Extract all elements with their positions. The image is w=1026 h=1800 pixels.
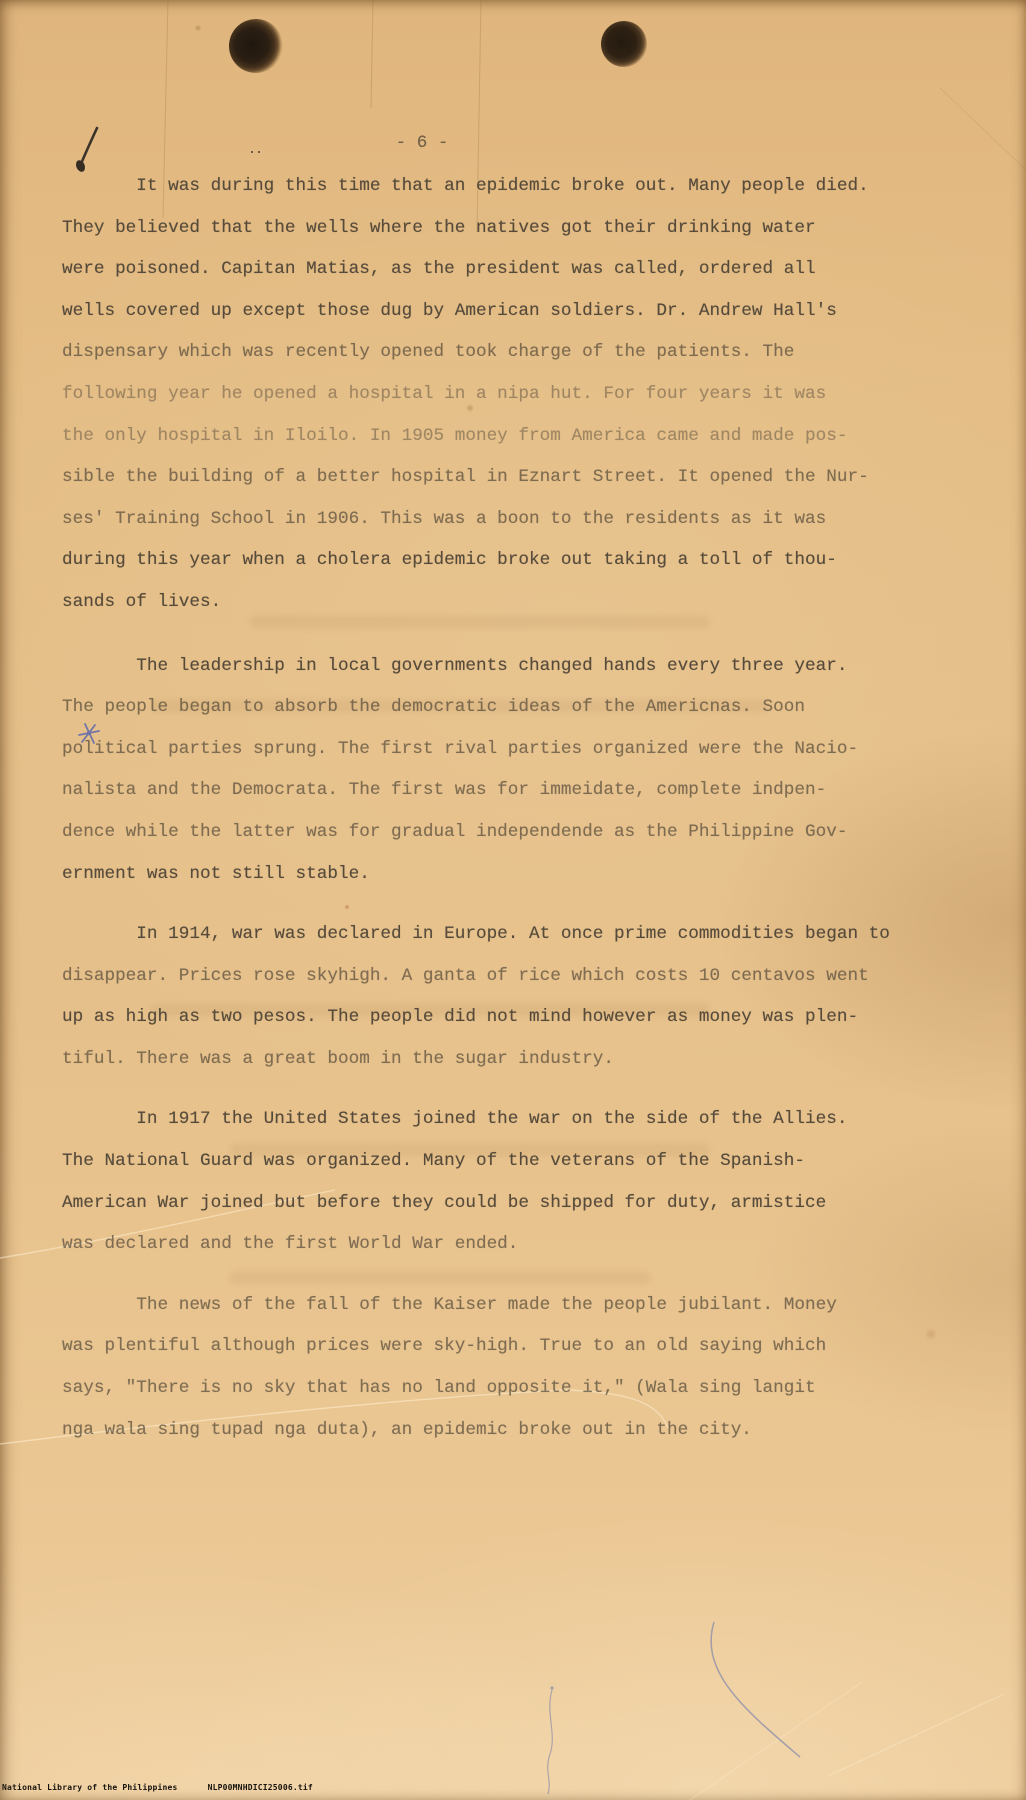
typed-line: nga wala sing tupad nga duta), an epidem… [62, 1410, 992, 1452]
typed-line: sands of lives. [62, 582, 992, 624]
paragraph-1917-allies: In 1917 the United States joined the war… [62, 1099, 992, 1265]
typed-line: wells covered up except those dug by Ame… [62, 291, 992, 333]
typed-line: following year he opened a hospital in a… [62, 374, 992, 416]
scan-filename: NLP00MNHDICI25006.tif [208, 1783, 313, 1792]
typed-line: during this year when a cholera epidemic… [62, 540, 992, 582]
typed-line: ses' Training School in 1906. This was a… [62, 499, 992, 541]
typed-line: The leadership in local governments chan… [62, 646, 992, 688]
typed-line: the only hospital in Iloilo. In 1905 mon… [62, 416, 992, 458]
blue-pen-curve [548, 1622, 800, 1794]
scanned-page: - 6 - It was during this time that an ep… [0, 0, 1026, 1800]
paragraph-1914-war: In 1914, war was declared in Europe. At … [62, 914, 992, 1080]
typed-line: was plentiful although prices were sky-h… [62, 1326, 992, 1368]
typed-line: dispensary which was recently opened too… [62, 332, 992, 374]
typed-line: nalista and the Democrata. The first was… [62, 770, 992, 812]
ink-dots-artifact [249, 149, 263, 155]
punch-hole-right [601, 21, 647, 67]
typed-line: The news of the fall of the Kaiser made … [62, 1285, 992, 1327]
typed-line: was declared and the first World War end… [62, 1224, 992, 1266]
scan-footer: National Library of the Philippines NLP0… [2, 1783, 313, 1792]
typed-line: They believed that the wells where the n… [62, 208, 992, 250]
typed-text-body: It was during this time that an epidemic… [62, 166, 992, 1470]
typed-line: disappear. Prices rose skyhigh. A ganta … [62, 956, 992, 998]
typed-line: were poisoned. Capitan Matias, as the pr… [62, 249, 992, 291]
typed-line: up as high as two pesos. The people did … [62, 997, 992, 1039]
typed-line: political parties sprung. The first riva… [62, 729, 992, 771]
typed-line: ernment was not still stable. [62, 854, 992, 896]
page-number: - 6 - [376, 133, 468, 153]
typed-line: The people began to absorb the democrati… [62, 687, 992, 729]
paragraph-kaiser-fall: The news of the fall of the Kaiser made … [62, 1285, 992, 1451]
punch-hole-left [229, 19, 283, 73]
library-name: National Library of the Philippines [2, 1783, 178, 1792]
paragraph-political-parties: The leadership in local governments chan… [62, 646, 992, 896]
typed-line: American War joined but before they coul… [62, 1183, 992, 1225]
typed-line: tiful. There was a great boom in the sug… [62, 1039, 992, 1081]
typed-line: sible the building of a better hospital … [62, 457, 992, 499]
typed-line: The National Guard was organized. Many o… [62, 1141, 992, 1183]
typed-line: says, "There is no sky that has no land … [62, 1368, 992, 1410]
typed-line: It was during this time that an epidemic… [62, 166, 992, 208]
typed-line: In 1917 the United States joined the war… [62, 1099, 992, 1141]
typed-line: In 1914, war was declared in Europe. At … [62, 914, 992, 956]
typed-line: dence while the latter was for gradual i… [62, 812, 992, 854]
paragraph-epidemic-hospital: It was during this time that an epidemic… [62, 166, 992, 624]
